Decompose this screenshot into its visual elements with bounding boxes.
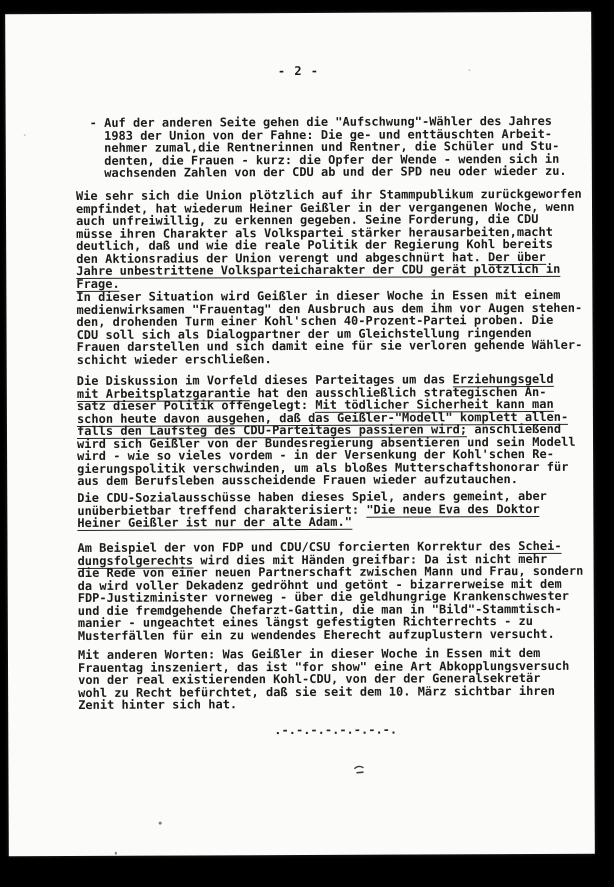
paragraph-p6: Am Beispiel der von FDP und CDU/CSU forc… [77,540,589,642]
text-line: wachsenden Zahlen von der CDU ab und der… [90,165,588,180]
paragraph-p2: Wie sehr sich die Union plötzlich auf ih… [76,188,588,290]
photocopied-document-scan: { "page": { "number_label": "- 2 -", "se… [0,0,614,887]
paragraph-p3: In dieser Situation wird Geißler in dies… [76,289,588,366]
text-line: Musterfällen für ein zu wendendes Eherec… [78,627,590,642]
separator-line: .-.-.-.-.-.-.-.-. [274,723,397,738]
pen-mark-squiggle [352,761,366,772]
text-line: Jahre unbestrittene Volksparteicharakter… [76,263,588,278]
page-number: - 2 - [5,63,591,80]
text-line: Zenit hinter sich hat. [78,697,590,712]
photocopy-speck [115,852,117,855]
text-line: Heiner Geißler ist nur der alte Adam." [77,515,589,530]
text-line: aus dem Berufsleben ausscheidende Frauen… [77,473,589,488]
photocopy-speck [468,69,470,71]
paragraph-p4: Die Diskussion im Vorfeld dieses Parteit… [77,373,589,488]
document-page: - 2 - - Auf der anderen Seite gehen die … [5,12,595,857]
text-line: schicht wieder erschließen. [77,351,589,366]
photocopy-speck [24,134,26,136]
document-body: - Auf der anderen Seite gehen die "Aufsc… [5,12,591,15]
paragraph-p5: Die CDU-Sozialausschüsse haben dieses Sp… [77,490,589,530]
paragraph-p7: Mit anderen Worten: Was Geißler in diese… [78,647,590,712]
paragraph-p1: - Auf der anderen Seite gehen die "Aufsc… [90,115,588,180]
photocopy-speck [159,822,162,825]
